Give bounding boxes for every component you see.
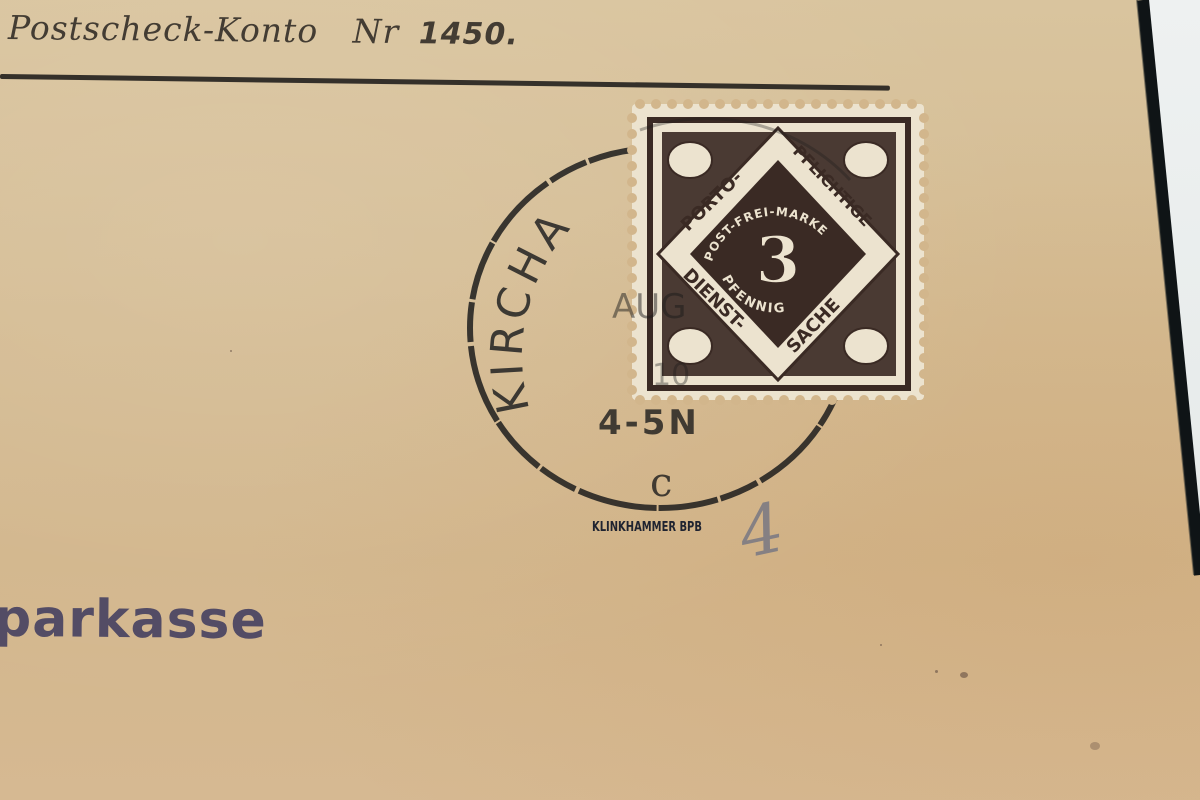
printer-imprint: KLINKHAMMER BPB (592, 520, 702, 535)
postmark-date-day: 10 (652, 358, 690, 393)
stamp-value: 3 (756, 223, 801, 298)
stamp-and-postmark: KIRCHA PORTO- PFLICHTIGE DIENST- SACHE (0, 0, 1200, 800)
postmark-date-month: AUG (612, 287, 687, 327)
postmark-time: 4-5N (598, 403, 700, 443)
postmark-serial: c (650, 460, 672, 506)
